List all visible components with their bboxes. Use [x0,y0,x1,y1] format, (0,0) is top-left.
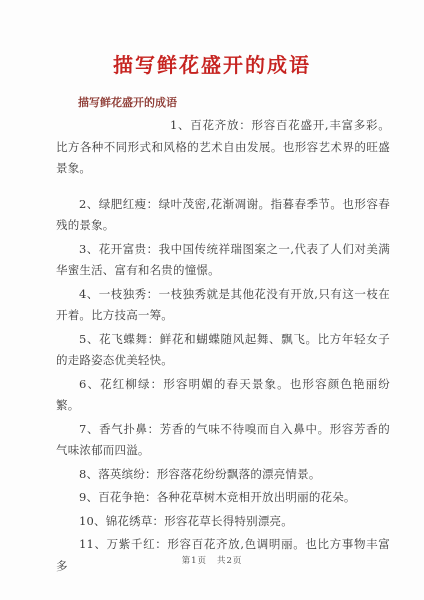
page-number-label: 第1页 [182,556,207,566]
idiom-item-7: 7、香气扑鼻：芳香的气味不待嗅而自入鼻中。形容芳香的气味浓郁而四溢。 [56,419,390,462]
idiom-item-9: 9、百花争艳：各种花草树木竞相开放出明丽的花朵。 [56,487,390,509]
idiom-item-4: 4、一枝独秀：一枝独秀就是其他花没有开放,只有这一枝在开着。比方技高一筹。 [56,284,390,327]
document-subtitle: 描写鲜花盛开的成语 [56,95,390,111]
idiom-item-1: 1、百花齐放：形容百花盛开,丰富多彩。比方各种不同形式和风格的艺术自由发展。也形… [56,115,390,180]
page-footer: 第1页共2页 [0,554,424,566]
document-page: 描写鲜花盛开的成语 描写鲜花盛开的成语 1、百花齐放：形容百花盛开,丰富多彩。比… [0,0,424,600]
idiom-item-6: 6、花红柳绿：形容明媚的春天景象。也形容颜色艳丽纷繁。 [56,374,390,417]
idiom-item-8: 8、落英缤纷：形容落花纷纷飘落的漂亮情景。 [56,464,390,486]
idiom-item-3: 3、花开富贵：我中国传统祥瑞图案之一,代表了人们对美满华蜜生活、富有和名贵的憧憬… [56,239,390,282]
total-pages-label: 共2页 [217,556,242,566]
idiom-item-2: 2、绿肥红瘦：绿叶茂密,花渐凋谢。指暮春季节。也形容春残的景象。 [56,194,390,237]
idiom-item-10: 10、锦花绣草：形容花草长得特别漂亮。 [56,511,390,533]
idiom-item-5: 5、花飞蝶舞：鲜花和蝴蝶随风起舞、飘飞。比方年轻女子的走路姿态优美轻快。 [56,329,390,372]
document-title: 描写鲜花盛开的成语 [0,52,424,78]
document-body: 1、百花齐放：形容百花盛开,丰富多彩。比方各种不同形式和风格的艺术自由发展。也形… [56,115,390,577]
